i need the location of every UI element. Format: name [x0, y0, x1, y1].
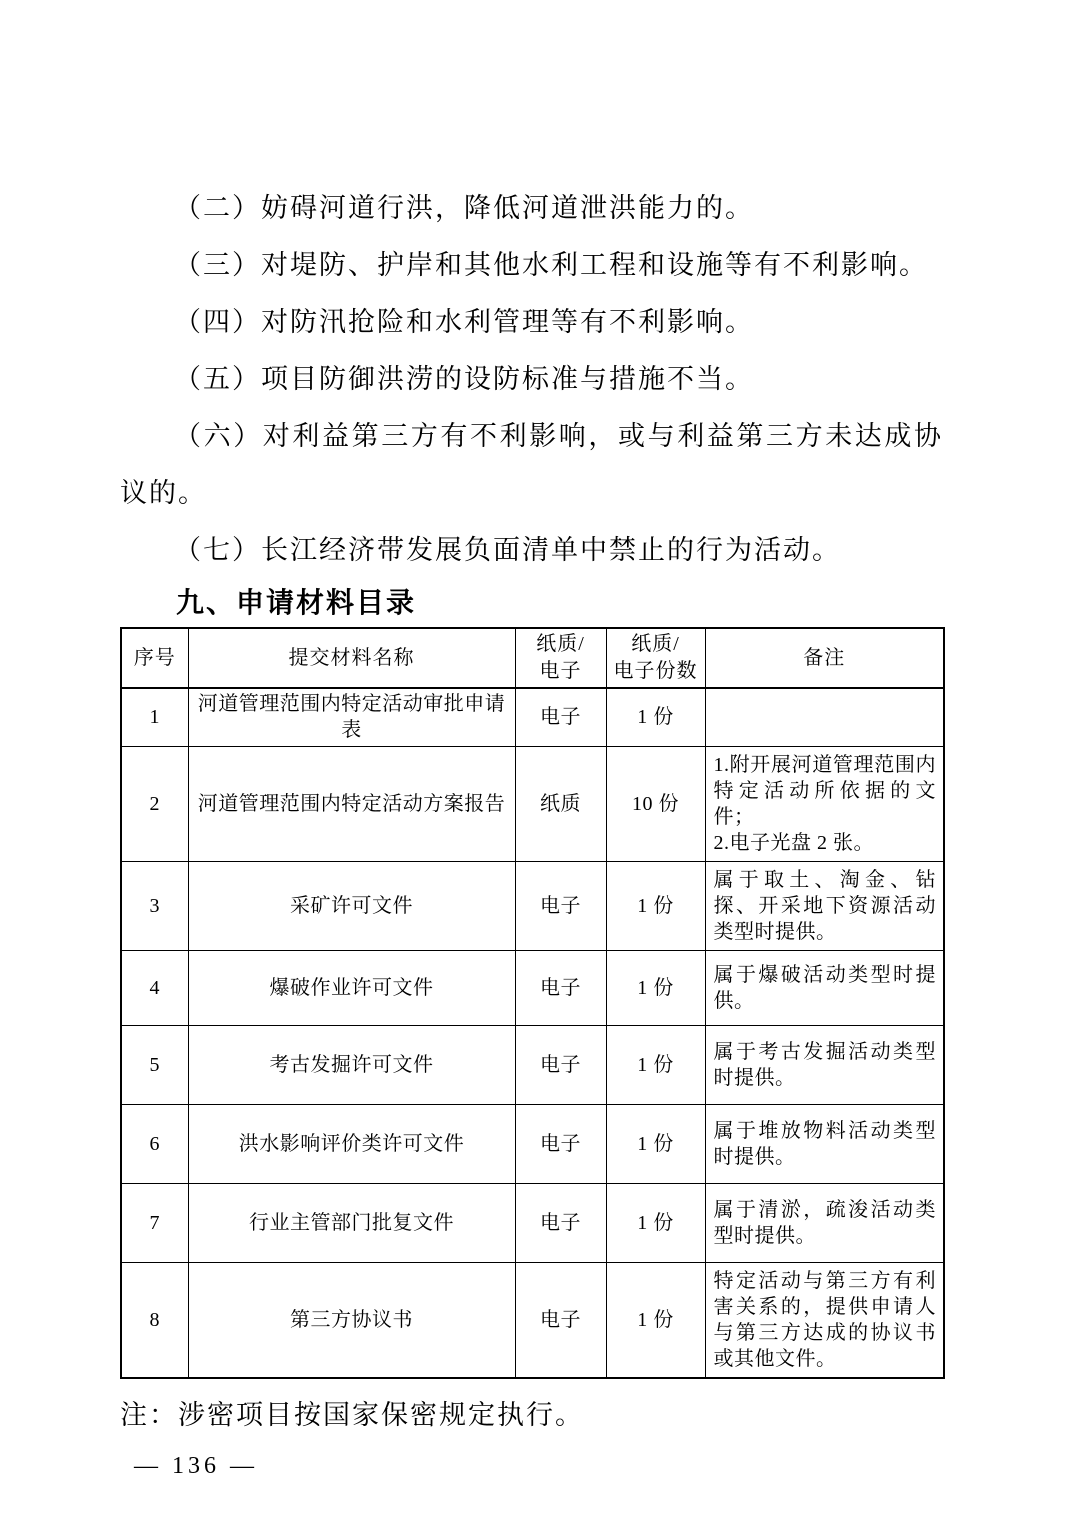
cell-remark: 特定活动与第三方有利害关系的，提供申请人与第三方达成的协议书或其他文件。: [705, 1262, 944, 1378]
cell-material-name: 河道管理范围内特定活动方案报告: [188, 746, 515, 861]
cell-medium: 电子: [515, 1104, 606, 1183]
cell-remark: 属于堆放物料活动类型时提供。: [705, 1104, 944, 1183]
cell-material-name: 爆破作业许可文件: [188, 950, 515, 1025]
cell-copies: 1 份: [606, 688, 705, 746]
cell-no: 7: [121, 1183, 188, 1262]
section-title: 九、申请材料目录: [120, 583, 943, 623]
cell-medium: 电子: [515, 1025, 606, 1104]
cell-no: 2: [121, 746, 188, 861]
cell-copies: 1 份: [606, 1104, 705, 1183]
materials-table-body: 1河道管理范围内特定活动审批申请表电子1 份2河道管理范围内特定活动方案报告纸质…: [121, 688, 944, 1378]
table-row: 6洪水影响评价类许可文件电子1 份属于堆放物料活动类型时提供。: [121, 1104, 944, 1183]
paragraph-6: （六）对利益第三方有不利影响，或与利益第三方未达成协议的。: [120, 408, 943, 522]
column-header: 纸质/ 电子: [515, 628, 606, 688]
cell-remark: 属于取土、淘金、钻探、开采地下资源活动类型时提供。: [705, 861, 944, 950]
paragraph-7: （七）长江经济带发展负面清单中禁止的行为活动。: [120, 522, 943, 579]
cell-material-name: 考古发掘许可文件: [188, 1025, 515, 1104]
table-row: 8第三方协议书电子1 份特定活动与第三方有利害关系的，提供申请人与第三方达成的协…: [121, 1262, 944, 1378]
cell-no: 4: [121, 950, 188, 1025]
page-number: — 136 —: [134, 1453, 943, 1480]
column-header: 备注: [705, 628, 944, 688]
cell-remark: [705, 688, 944, 746]
cell-medium: 电子: [515, 950, 606, 1025]
materials-table: 序号提交材料名称纸质/ 电子纸质/ 电子份数备注 1河道管理范围内特定活动审批申…: [120, 627, 945, 1379]
materials-table-header-row: 序号提交材料名称纸质/ 电子纸质/ 电子份数备注: [121, 628, 944, 688]
cell-no: 3: [121, 861, 188, 950]
column-header: 序号: [121, 628, 188, 688]
body-paragraphs: （二）妨碍河道行洪，降低河道泄洪能力的。 （三）对堤防、护岸和其他水利工程和设施…: [120, 180, 943, 579]
note-line: 注：涉密项目按国家保密规定执行。: [120, 1393, 943, 1437]
table-row: 2河道管理范围内特定活动方案报告纸质10 份1.附开展河道管理范围内特定活动所依…: [121, 746, 944, 861]
table-row: 3采矿许可文件电子1 份属于取土、淘金、钻探、开采地下资源活动类型时提供。: [121, 861, 944, 950]
cell-material-name: 洪水影响评价类许可文件: [188, 1104, 515, 1183]
paragraph-5: （五）项目防御洪涝的设防标准与措施不当。: [120, 351, 943, 408]
cell-material-name: 行业主管部门批复文件: [188, 1183, 515, 1262]
cell-no: 1: [121, 688, 188, 746]
cell-material-name: 第三方协议书: [188, 1262, 515, 1378]
cell-medium: 电子: [515, 1262, 606, 1378]
column-header: 提交材料名称: [188, 628, 515, 688]
cell-copies: 1 份: [606, 1183, 705, 1262]
cell-material-name: 河道管理范围内特定活动审批申请表: [188, 688, 515, 746]
cell-medium: 电子: [515, 861, 606, 950]
table-row: 4爆破作业许可文件电子1 份属于爆破活动类型时提供。: [121, 950, 944, 1025]
cell-no: 6: [121, 1104, 188, 1183]
cell-material-name: 采矿许可文件: [188, 861, 515, 950]
document-page: （二）妨碍河道行洪，降低河道泄洪能力的。 （三）对堤防、护岸和其他水利工程和设施…: [0, 0, 1074, 1520]
cell-medium: 电子: [515, 1183, 606, 1262]
cell-remark: 1.附开展河道管理范围内特定活动所依据的文件； 2.电子光盘 2 张。: [705, 746, 944, 861]
table-row: 5考古发掘许可文件电子1 份属于考古发掘活动类型时提供。: [121, 1025, 944, 1104]
table-row: 7行业主管部门批复文件电子1 份属于清淤，疏浚活动类型时提供。: [121, 1183, 944, 1262]
table-row: 1河道管理范围内特定活动审批申请表电子1 份: [121, 688, 944, 746]
column-header: 纸质/ 电子份数: [606, 628, 705, 688]
cell-copies: 1 份: [606, 1262, 705, 1378]
cell-remark: 属于爆破活动类型时提供。: [705, 950, 944, 1025]
cell-medium: 电子: [515, 688, 606, 746]
cell-no: 8: [121, 1262, 188, 1378]
paragraph-4: （四）对防汛抢险和水利管理等有不利影响。: [120, 294, 943, 351]
cell-copies: 1 份: [606, 861, 705, 950]
cell-remark: 属于清淤，疏浚活动类型时提供。: [705, 1183, 944, 1262]
paragraph-3: （三）对堤防、护岸和其他水利工程和设施等有不利影响。: [120, 237, 943, 294]
page-content: （二）妨碍河道行洪，降低河道泄洪能力的。 （三）对堤防、护岸和其他水利工程和设施…: [120, 0, 943, 1480]
cell-copies: 1 份: [606, 1025, 705, 1104]
paragraph-2: （二）妨碍河道行洪，降低河道泄洪能力的。: [120, 180, 943, 237]
cell-remark: 属于考古发掘活动类型时提供。: [705, 1025, 944, 1104]
cell-copies: 10 份: [606, 746, 705, 861]
cell-no: 5: [121, 1025, 188, 1104]
cell-copies: 1 份: [606, 950, 705, 1025]
cell-medium: 纸质: [515, 746, 606, 861]
